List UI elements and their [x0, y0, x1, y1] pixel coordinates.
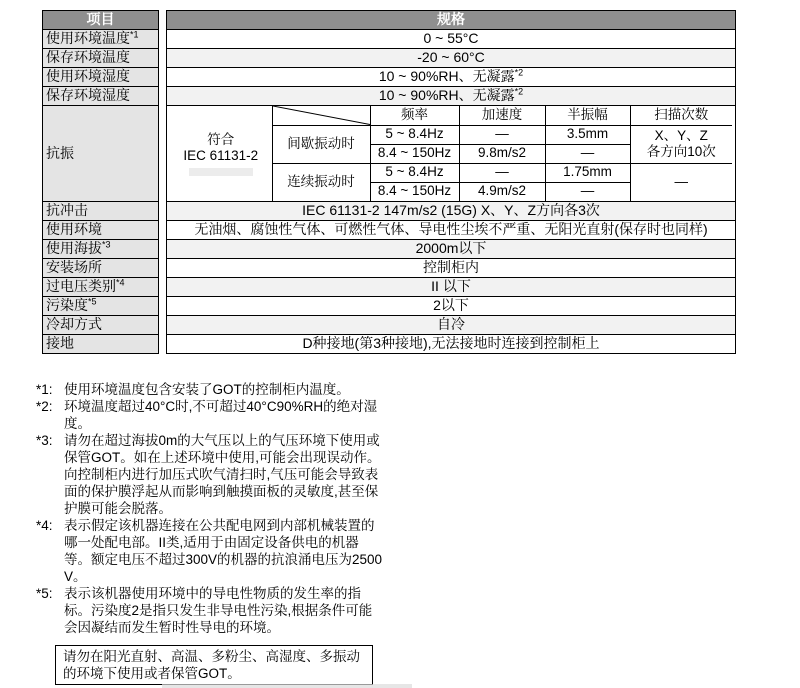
vib-value: —: [459, 125, 545, 144]
vib-header-frequency: 频率: [370, 106, 459, 125]
row-label: 使用环境: [43, 221, 159, 240]
vib-sweep-continuous: —: [630, 163, 732, 201]
vib-value: 5 ~ 8.4Hz: [370, 163, 459, 182]
caution-box: 请勿在阳光直射、高温、多粉尘、高湿度、多振动的环境下使用或者保管GOT。: [55, 645, 373, 685]
standard-code: IEC 61131-2: [171, 148, 271, 164]
row-value: 2000m以下: [167, 240, 736, 259]
row-value: 自冷: [167, 316, 736, 335]
column-gap: [159, 49, 167, 68]
row-value: 2以下: [167, 297, 736, 316]
column-header-spec: 规格: [167, 11, 736, 30]
table-row: 保存环境湿度 10 ~ 90%RH、无凝露*2: [43, 87, 736, 106]
footnote-text: 表示该机器使用环境中的导电性物质的发生率的指标。污染度2是指只发生非导电性污染,…: [64, 585, 384, 636]
table-row: 抗冲击 IEC 61131-2 147m/s2 (15G) X、Y、Z方向各3次: [43, 202, 736, 221]
row-label: 抗冲击: [43, 202, 159, 221]
vib-value: —: [545, 182, 630, 201]
row-value: IEC 61131-2 147m/s2 (15G) X、Y、Z方向各3次: [167, 202, 736, 221]
footnote-marker: *4:: [36, 517, 64, 585]
vib-value: 8.4 ~ 150Hz: [370, 182, 459, 201]
diagonal-line: [273, 106, 370, 125]
row-label: 冷却方式: [43, 316, 159, 335]
vib-value: 8.4 ~ 150Hz: [370, 144, 459, 163]
table-row: 使用环境 无油烟、腐蚀性气体、可燃性气体、导电性尘埃不严重、无阳光直射(保存时也…: [43, 221, 736, 240]
footnote-4: *4: 表示假定该机器连接在公共配电网到内部机械装置的哪一处配电部。II类,适用…: [36, 517, 384, 585]
footnote-text: 环境温度超过40°C时,不可超过40°C90%RH的绝对湿度。: [64, 398, 384, 432]
vib-sweep-intermittent: X、Y、Z 各方向10次: [630, 125, 732, 163]
footnote-marker: *2:: [36, 398, 64, 432]
row-label: 抗振: [43, 106, 159, 202]
vib-value: 4.9m/s2: [459, 182, 545, 201]
footnote-5: *5: 表示该机器使用环境中的导电性物质的发生率的指标。污染度2是指只发生非导电…: [36, 585, 384, 636]
row-value: D种接地(第3种接地),无法接地时连接到控制柜上: [167, 335, 736, 354]
vib-type-continuous: 连续振动时: [272, 163, 370, 201]
blur-artifact: [189, 168, 253, 176]
vib-value: 5 ~ 8.4Hz: [370, 125, 459, 144]
row-value: 10 ~ 90%RH、无凝露*2: [167, 87, 736, 106]
diagonal-header-cell: [272, 106, 370, 125]
vib-value: —: [459, 163, 545, 182]
vibration-spec-cell: 符合 IEC 61131-2 频率 加速度 半振幅 扫描次数 间歇振动: [167, 106, 736, 202]
row-label: 过电压类别*4: [43, 278, 159, 297]
table-row: 使用海拔*3 2000m以下: [43, 240, 736, 259]
footnote-marker: *3:: [36, 432, 64, 517]
column-header-item: 项目: [43, 11, 159, 30]
row-label: 保存环境温度: [43, 49, 159, 68]
row-label: 使用环境湿度: [43, 68, 159, 87]
footnote-3: *3: 请勿在超过海拔0m的大气压以上的气压环境下使用或保管GOT。如在上述环境…: [36, 432, 384, 517]
footnote-marker: *5:: [36, 585, 64, 636]
footnote-text: 使用环境温度包含安装了GOT的控制柜内温度。: [64, 381, 384, 398]
footnote-marker: *1:: [36, 381, 64, 398]
vib-type-intermittent: 间歇振动时: [272, 125, 370, 163]
row-label: 使用环境温度*1: [43, 30, 159, 49]
column-gap: [159, 335, 167, 354]
footnote-text: 请勿在超过海拔0m的大气压以上的气压环境下使用或保管GOT。如在上述环境中使用,…: [64, 432, 384, 517]
column-gap: [159, 11, 167, 30]
table-row: 安装场所 控制柜内: [43, 259, 736, 278]
row-label: 污染度*5: [43, 297, 159, 316]
table-row: 冷却方式 自冷: [43, 316, 736, 335]
table-row: 保存环境温度 -20 ~ 60°C: [43, 49, 736, 68]
table-header-row: 项目 规格: [43, 11, 736, 30]
vibration-standard-cell: 符合 IEC 61131-2: [170, 106, 272, 201]
table-row: 使用环境温度*1 0 ~ 55°C: [43, 30, 736, 49]
row-value: II 以下: [167, 278, 736, 297]
row-label: 使用海拔*3: [43, 240, 159, 259]
vib-value: 3.5mm: [545, 125, 630, 144]
column-gap: [159, 259, 167, 278]
row-label: 保存环境湿度: [43, 87, 159, 106]
column-gap: [159, 278, 167, 297]
spec-table: 项目 规格 使用环境温度*1 0 ~ 55°C 保存环境温度 -20 ~ 60°…: [42, 10, 736, 354]
vib-value: 9.8m/s2: [459, 144, 545, 163]
caution-text: 请勿在阳光直射、高温、多粉尘、高湿度、多振动的环境下使用或者保管GOT。: [63, 649, 360, 681]
table-row: 接地 D种接地(第3种接地),无法接地时连接到控制柜上: [43, 335, 736, 354]
column-gap: [159, 297, 167, 316]
footnote-2: *2: 环境温度超过40°C时,不可超过40°C90%RH的绝对湿度。: [36, 398, 384, 432]
vib-value: 1.75mm: [545, 163, 630, 182]
vibration-sub-table: 符合 IEC 61131-2 频率 加速度 半振幅 扫描次数 间歇振动: [170, 106, 732, 201]
footnote-text: 表示假定该机器连接在公共配电网到内部机械装置的哪一处配电部。II类,适用于由固定…: [64, 517, 384, 585]
row-label: 安装场所: [43, 259, 159, 278]
manual-page: 项目 规格 使用环境温度*1 0 ~ 55°C 保存环境温度 -20 ~ 60°…: [0, 0, 800, 688]
footnote-1: *1: 使用环境温度包含安装了GOT的控制柜内温度。: [36, 381, 384, 398]
column-gap: [159, 68, 167, 87]
vib-header-sweep: 扫描次数: [630, 106, 732, 125]
column-gap: [159, 30, 167, 49]
column-gap: [159, 202, 167, 221]
row-label: 接地: [43, 335, 159, 354]
vib-header-amplitude: 半振幅: [545, 106, 630, 125]
table-row: 使用环境湿度 10 ~ 90%RH、无凝露*2: [43, 68, 736, 87]
row-value: 无油烟、腐蚀性气体、可燃性气体、导电性尘埃不严重、无阳光直射(保存时也同样): [167, 221, 736, 240]
scan-artifact: [162, 684, 412, 688]
table-row: 过电压类别*4 II 以下: [43, 278, 736, 297]
vib-value: —: [545, 144, 630, 163]
row-value: -20 ~ 60°C: [167, 49, 736, 68]
column-gap: [159, 316, 167, 335]
column-gap: [159, 106, 167, 202]
footnotes: *1: 使用环境温度包含安装了GOT的控制柜内温度。 *2: 环境温度超过40°…: [36, 381, 384, 636]
column-gap: [159, 221, 167, 240]
column-gap: [159, 87, 167, 106]
column-gap: [159, 240, 167, 259]
row-value: 0 ~ 55°C: [167, 30, 736, 49]
standard-text: 符合: [171, 132, 271, 148]
table-row: 污染度*5 2以下: [43, 297, 736, 316]
row-value: 10 ~ 90%RH、无凝露*2: [167, 68, 736, 87]
vib-header-acceleration: 加速度: [459, 106, 545, 125]
row-value: 控制柜内: [167, 259, 736, 278]
table-row-vibration: 抗振 符合 IEC 61131-2 频率: [43, 106, 736, 202]
